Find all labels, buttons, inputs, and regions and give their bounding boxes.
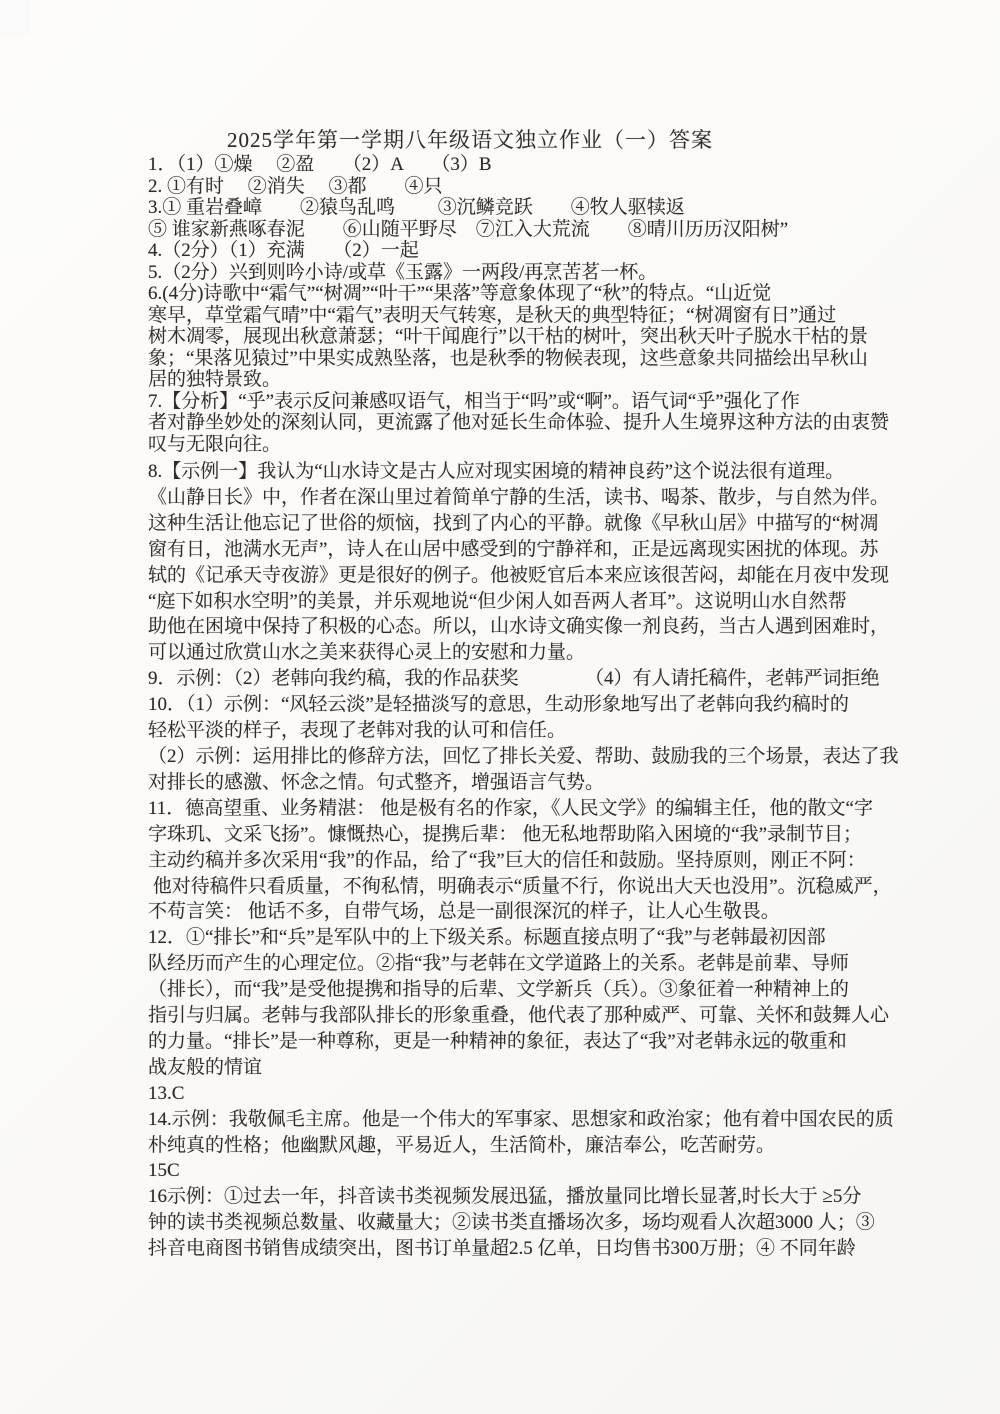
text-line: 象；“果落见猿过”中果实成熟坠落，也是秋季的物候表现，这些意象共同描绘出早秋山 <box>148 348 872 370</box>
text-line: 树木凋零，展现出秋意萧瑟；“叶干闻鹿行”以干枯的树叶，突出秋天叶子脱水干枯的景 <box>148 326 872 348</box>
page-title: 2025学年第一学期八年级语文独立作业（一）答案 <box>108 128 832 152</box>
text-line: 9．示例：（2）老韩向我约稿，我的作品获奖 （4）有人请托稿件，老韩严词拒绝 <box>148 666 872 692</box>
text-line: 对排长的感激、怀念之情。句式整齐，增强语言气势。 <box>148 770 872 796</box>
text-line: 15C <box>148 1158 872 1184</box>
text-line: “庭下如积水空明”的美景，并乐观地说“但少闲人如吾两人者耳”。这说明山水自然帮 <box>148 589 872 615</box>
text-line: 主动约稿并多次采用“我”的作品，给了“我”巨大的信任和鼓励。坚持原则，刚正不阿： <box>148 848 872 874</box>
text-line: 10．（1）示例：“风轻云淡”是轻描淡写的意思，生动形象地写出了老韩向我约稿时的 <box>148 692 872 718</box>
text-line: 指引与归属。老韩与我部队排长的形象重叠，他代表了那种威严、可靠、关怀和鼓舞人心 <box>148 1003 872 1029</box>
text-line: 3.① 重岩叠嶂 ②猿鸟乱鸣 ③沉鳞竞跃 ④牧人驱犊返 <box>148 197 872 219</box>
text-line: 轼的《记承天寺夜游》更是很好的例子。他被贬官后本来应该很苦闷，却能在月夜中发现 <box>148 563 872 589</box>
text-line: 钟的读书类视频总数量、收藏量大；②读书类直播场次多，场均观看人次超3000 人；… <box>148 1210 872 1236</box>
text-line: （2）示例：运用排比的修辞方法，回忆了排长关爱、帮助、鼓励我的三个场景，表达了我 <box>148 744 872 770</box>
text-line: 这种生活让他忘记了世俗的烦恼，找到了内心的平静。就像《早秋山居》中描写的“树凋 <box>148 511 872 537</box>
text-line: 14.示例：我敬佩毛主席。他是一个伟大的军事家、思想家和政治家；他有着中国农民的… <box>148 1107 872 1133</box>
answers-block-bottom: 8.【示例一】我认为“山水诗文是古人应对现实困境的精神良药”这个说法很有道理。 … <box>148 459 872 1262</box>
document-content: 2025学年第一学期八年级语文独立作业（一）答案 1．（1）①燥 ②盈 （2）A… <box>148 128 872 1262</box>
text-line: 7.【分析】“乎”表示反问兼感叹语气，相当于“吗”或“啊”。语气词“乎”强化了作 <box>148 391 872 413</box>
text-line: 窗有日，池满水无声”，诗人在山居中感受到的宁静祥和，正是远离现实困扰的体现。苏 <box>148 537 872 563</box>
text-line: 5.（2分）兴到则吟小诗/或草《玉露》一两段/再烹苦茗一杯。 <box>148 262 872 284</box>
text-line: 6.(4分)诗歌中“霜气”“树凋”“叶干”“果落”等意象体现了“秋”的特点。“山… <box>148 283 872 305</box>
text-line: 轻松平淡的样子，表现了老韩对我的认可和信任。 <box>148 718 872 744</box>
text-line: 8.【示例一】我认为“山水诗文是古人应对现实困境的精神良药”这个说法很有道理。 <box>148 459 872 485</box>
text-line: 叹与无限向往。 <box>148 434 872 456</box>
text-line: 《山静日长》中，作者在深山里过着简单宁静的生活，读书、喝茶、散步，与自然为伴。 <box>148 485 872 511</box>
text-line: 4.（2分）（1）充满 （2）一起 <box>148 240 872 262</box>
text-line: 2. ①有时 ②消失 ③都 ④只 <box>148 176 872 198</box>
text-line: ⑤ 谁家新燕啄春泥 ⑥山随平野尽 ⑦江入大荒流 ⑧晴川历历汉阳树” <box>148 219 872 241</box>
scan-corner-artifact <box>0 0 30 36</box>
text-line: 朴纯真的性格；他幽默风趣，平易近人，生活简朴，廉洁奉公，吃苦耐劳。 <box>148 1133 872 1159</box>
text-line: 1．（1）①燥 ②盈 （2）A （3）B <box>148 154 872 176</box>
text-line: 12．①“排长”和“兵”是军队中的上下级关系。标题直接点明了“我”与老韩最初因部 <box>148 925 872 951</box>
text-line: 者对静坐妙处的深刻认同，更流露了他对延长生命体验、提升人生境界这种方法的由衷赞 <box>148 412 872 434</box>
text-line: 助他在困境中保持了积极的心态。所以，山水诗文确实像一剂良药，当古人遇到困难时， <box>148 614 872 640</box>
text-line: 16示例：①过去一年，抖音读书类视频发展迅猛，播放量同比增长显著,时长大于 ≥5… <box>148 1184 872 1210</box>
text-line: 寒早，草堂霜气晴”中“霜气”表明天气转寒，是秋天的典型特征；“树凋窗有日”通过 <box>148 305 872 327</box>
text-line: 可以通过欣赏山水之美来获得心灵上的安慰和力量。 <box>148 640 872 666</box>
text-line: 不苟言笑： 他话不多，自带气场，总是一副很深沉的样子，让人心生敬畏。 <box>148 899 872 925</box>
scanned-answer-sheet: 2025学年第一学期八年级语文独立作业（一）答案 1．（1）①燥 ②盈 （2）A… <box>0 0 1000 1414</box>
text-line: 抖音电商图书销售成绩突出，图书订单量超2.5 亿单，日均售书300万册；④ 不同… <box>148 1236 872 1262</box>
text-line: 字珠玑、文采飞扬”。慷慨热心，提携后辈： 他无私地帮助陷入困境的“我”录制节目； <box>148 822 872 848</box>
text-line: （排长），而“我”是受他提携和指导的后辈、文学新兵（兵）。③象征着一种精神上的 <box>148 977 872 1003</box>
text-line: 13.C <box>148 1081 872 1107</box>
text-line: 队经历而产生的心理定位。②指“我”与老韩在文学道路上的关系。老韩是前辈、导师 <box>148 951 872 977</box>
answers-block-top: 1．（1）①燥 ②盈 （2）A （3）B 2. ①有时 ②消失 ③都 ④只 3.… <box>148 154 872 455</box>
text-line: 11．德高望重、业务精湛： 他是极有名的作家，《人民文学》的编辑主任，他的散文“… <box>148 796 872 822</box>
text-line: 的力量。“排长”是一种尊称，更是一种精神的象征，表达了“我”对老韩永远的敬重和 <box>148 1029 872 1055</box>
text-line: 居的独特景致。 <box>148 369 872 391</box>
text-line: 他对待稿件只看质量，不徇私情，明确表示“质量不行，你说出大天也没用”。沉稳威严， <box>148 874 872 900</box>
text-line: 战友般的情谊 <box>148 1055 872 1081</box>
